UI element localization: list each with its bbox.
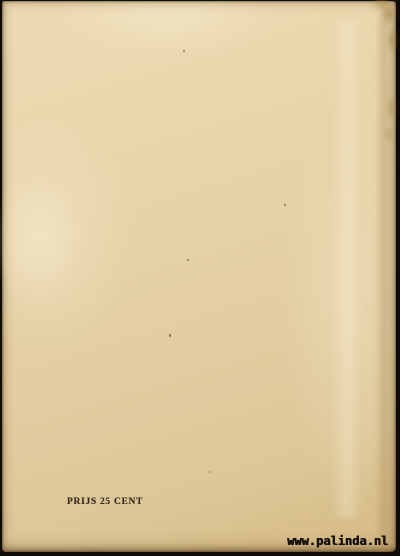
paper-speck: [183, 50, 185, 52]
stain-top-right: [365, 0, 399, 59]
streak-right-edge: [376, 1, 390, 552]
price-label: PRIJS 25 CENT: [67, 497, 143, 507]
paper-speck: [169, 334, 171, 337]
paper-sheen-band: [332, 21, 362, 517]
paper-speck: [187, 259, 189, 261]
stain-right-mid: [378, 85, 398, 151]
paper-speck: [284, 204, 286, 206]
paper-speck: [209, 471, 211, 473]
scanned-page: PRIJS 25 CENT www.palinda.nl: [0, 0, 400, 556]
paper-crease-highlight: [0, 169, 85, 309]
paper-sheet: PRIJS 25 CENT: [2, 1, 396, 552]
website-watermark: www.palinda.nl: [287, 534, 388, 549]
